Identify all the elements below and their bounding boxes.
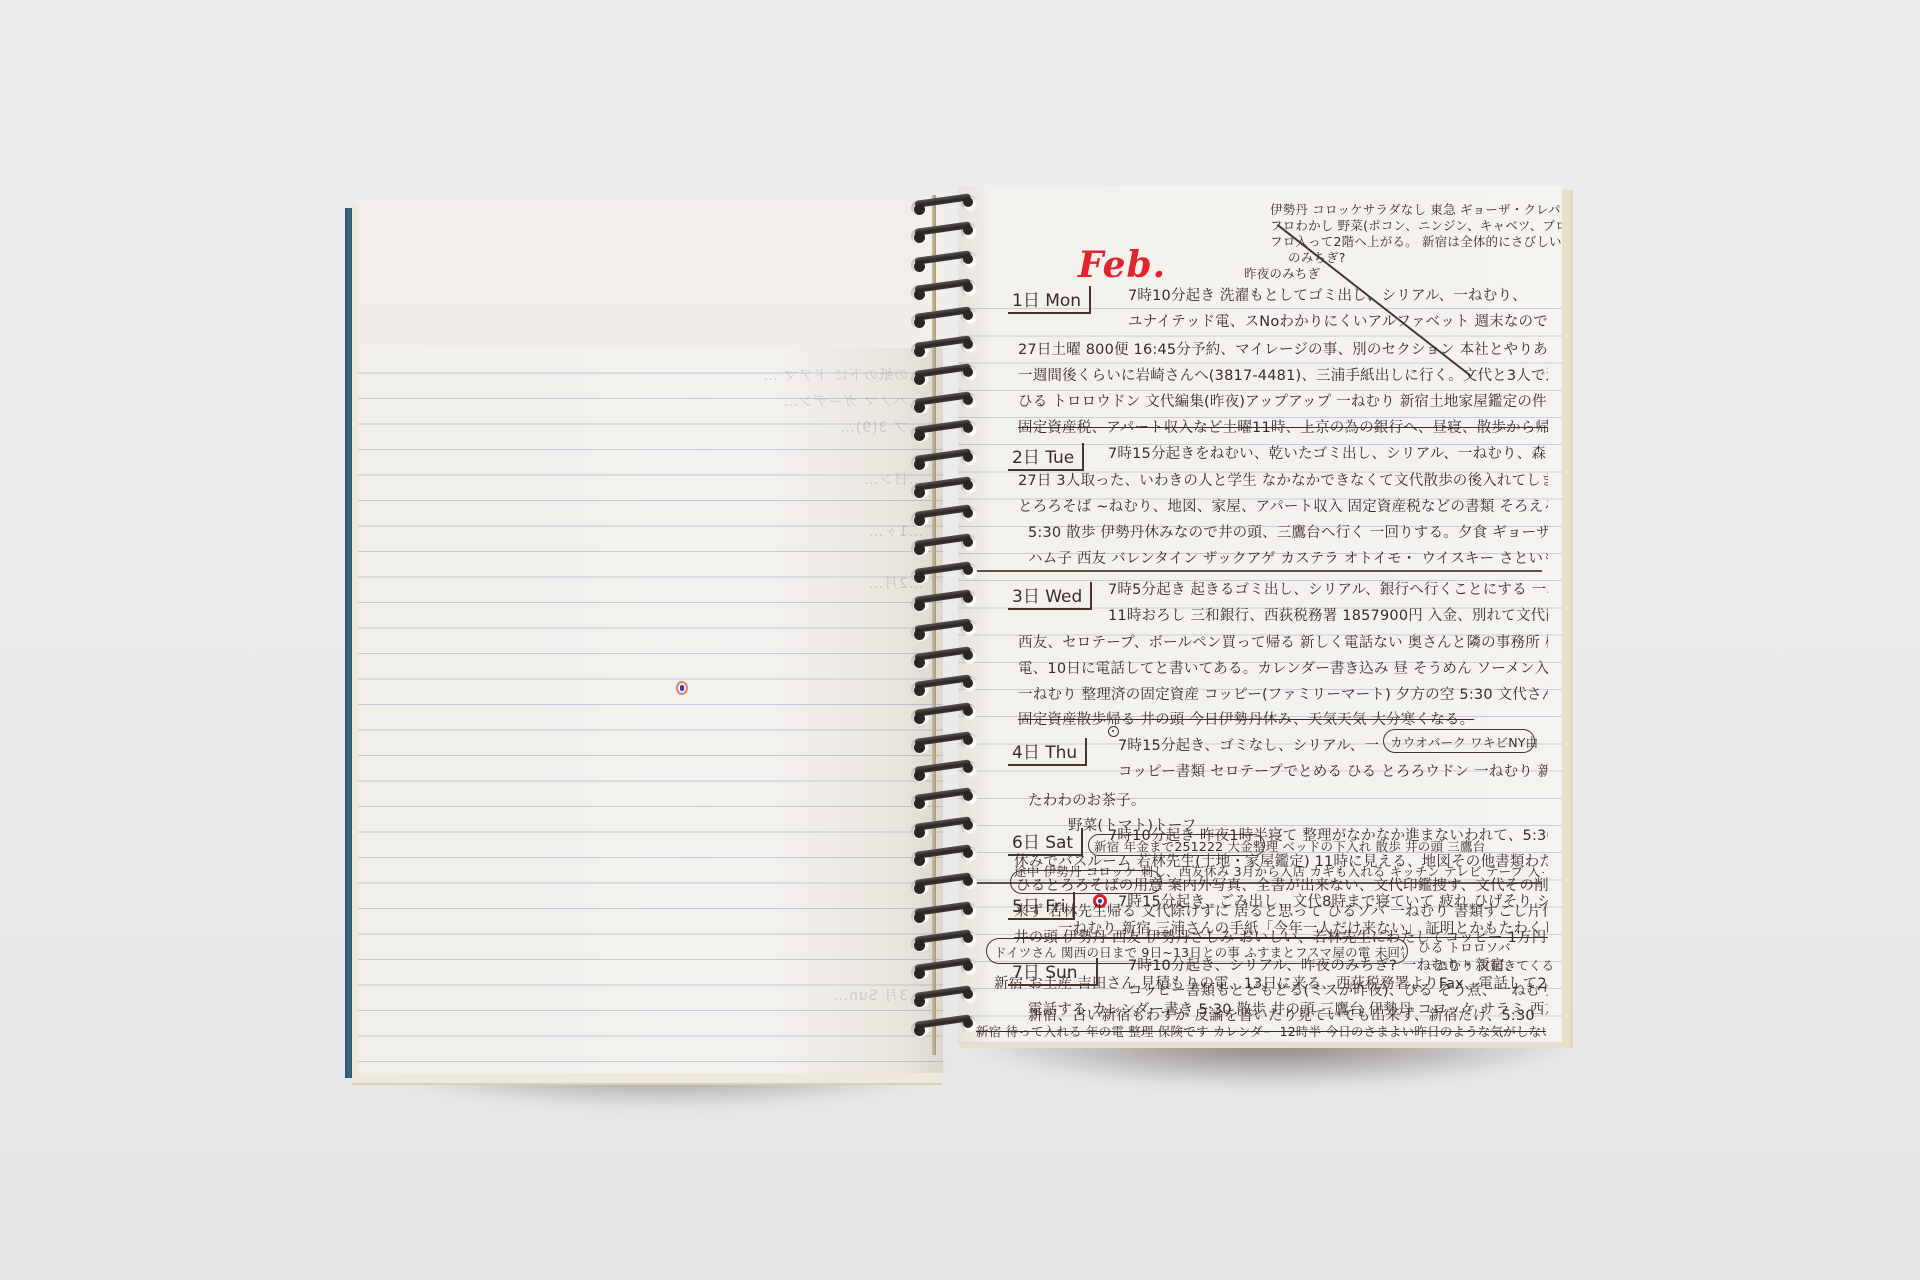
bleed-through-line: …プ 3(9)… xyxy=(368,417,923,437)
sunday-entry: 7日 Sun 7時10分起き、シリアル、昨夜のみちぎ? 一ねむり・新宿、 コッピ… xyxy=(958,186,1562,1043)
bleed-through-line: …ハノマ ガーデン… xyxy=(368,391,923,411)
bleed-through-line: …3月 Sun… xyxy=(368,985,923,1005)
day-label-sun: 7日 Sun xyxy=(1008,958,1098,986)
bleed-through-line: …2月… xyxy=(368,573,923,593)
entry-line: 新宿、古い新宿もわずか 反論を書いたり見ていても出来ず、新宿だけ、5:30 xyxy=(1028,1004,1548,1025)
left-page-header-margin xyxy=(358,203,943,348)
entry-line: 7時10分起き、シリアル、昨夜のみちぎ? 一ねむり・新宿、 xyxy=(1128,954,1548,975)
left-page-ruling xyxy=(358,348,943,1073)
bleed-through-line: …の紙の下に ドアマ … xyxy=(368,365,923,385)
entry-line: コッピー書類もとどもどる(ミスが昨夜)、ひる ぞう煮、一ねむり xyxy=(1128,979,1548,1000)
bleed-through-mark xyxy=(676,681,688,695)
left-page: …の紙の下に ドアマ … …ハノマ ガーデン… …プ 3(9)… …日ン… …1… xyxy=(358,203,943,1073)
bleed-through-line: …日ン… xyxy=(368,469,923,489)
bleed-through-line: …1ヶ… xyxy=(368,521,923,541)
